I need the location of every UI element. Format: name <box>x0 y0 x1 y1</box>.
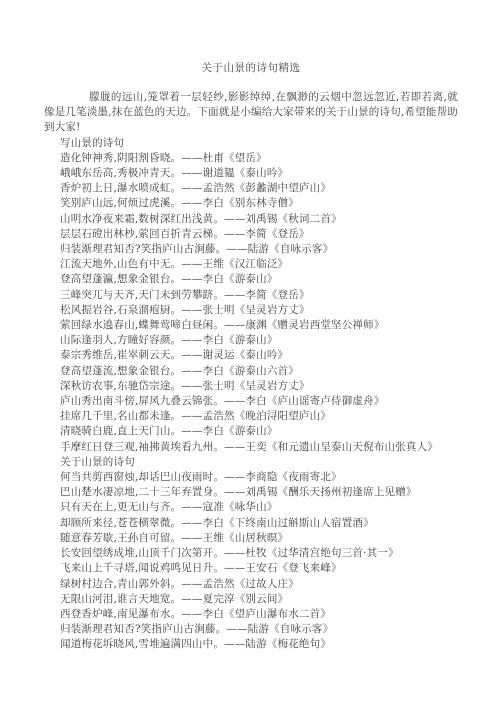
poem-sections: 写山景的诗句造化钟神秀,阴阳割昏晓。——杜甫《望岳》峨峨东岳高,秀极冲青天。——… <box>44 136 458 653</box>
poem-line: 随意春芳歇,王孙自可留。——王维《山居秋暝》 <box>44 531 458 546</box>
poem-line: 三峰突兀与天齐,天门未到劳攀跻。——李简《登岳》 <box>44 288 458 303</box>
poem-line: 深秋访农事,东驰岱宗途。——张士明《呈灵岩方丈》 <box>44 379 458 394</box>
poem-line: 山际逢羽人,方瞳好容颜。——李白《游泰山》 <box>44 333 458 348</box>
poem-line: 归装渐理君知否?笑指庐山古涧藤。——陆游《自咏示客》 <box>44 242 458 257</box>
section-heading: 关于山景的诗句 <box>44 455 458 470</box>
poem-line: 挂席几千里,名山都未逢。——孟浩然《晚泊浔阳望庐山》 <box>44 409 458 424</box>
poem-line: 松风振岩谷,石泉溜疱厨。——张士明《呈灵岩方丈》 <box>44 303 458 318</box>
poem-line: 山明水净夜来霜,数树深红出浅黄。——刘禹锡《秋词二首》 <box>44 212 458 227</box>
poem-line: 归装渐理君知否?笑指庐山古涧藤。——陆游《自咏示客》 <box>44 622 458 637</box>
poem-line: 造化钟神秀,阴阳割昏晓。——杜甫《望岳》 <box>44 151 458 166</box>
poem-line: 清晓骑白鹿,直上天门山。——李白《游泰山》 <box>44 424 458 439</box>
poem-line: 登高望蓬流,想象金银台。——李白《游泰山六首》 <box>44 364 458 379</box>
poem-line: 闻道梅花坼晓风,雪堆遍满四山中。——陆游《梅花绝句》 <box>44 637 458 652</box>
poem-line: 江流天地外,山色有中无。——王维《汉江临泛》 <box>44 257 458 272</box>
poem-line: 西登香炉峰,南见瀑布水。——李白《望庐山瀑布水二首》 <box>44 607 458 622</box>
document-title: 关于山景的诗句精选 <box>44 61 458 76</box>
poem-line: 绿树村边合,青山郭外斜。——孟浩然《过故人庄》 <box>44 577 458 592</box>
poem-line: 层层石磴出林杪,萦回百折青云梯。——李简《登岳》 <box>44 227 458 242</box>
poem-line: 只有天在上,更无山与齐。——寇准《咏华山》 <box>44 500 458 515</box>
poem-line: 飞来山上千寻塔,闻说鸡鸣见日升。——王安石《登飞来峰》 <box>44 561 458 576</box>
poem-line: 笑别庐山远,何烦过虎溪。——李白《别东林寺僧》 <box>44 196 458 211</box>
poem-line: 何当共剪西窗烛,却话巴山夜雨时。——李商隐《夜雨寄北》 <box>44 470 458 485</box>
section-heading: 写山景的诗句 <box>44 136 458 151</box>
poem-line: 庐山秀出南斗傍,屏风九叠云锦张。——李白《庐山谣寄卢侍御虚舟》 <box>44 394 458 409</box>
poem-line: 香炉初上日,瀑水喷成虹。——孟浩然《彭蠡湖中望庐山》 <box>44 181 458 196</box>
document-page: 关于山景的诗句精选 朦胧的远山,笼罩着一层轻纱,影影绰绰,在飘渺的云烟中忽远忽近… <box>0 0 500 708</box>
poem-line: 无限山河泪,谁言天地宽。——夏完淳《别云间》 <box>44 592 458 607</box>
poem-line: 手摩红日登三观,袖拂黄埃看九州。——王奕《和元遗山呈泰山天倪布山张真人》 <box>44 440 458 455</box>
poem-line: 长安回望绣成堆,山顶千门次第开。——杜牧《过华清宫绝句三首·其一》 <box>44 546 458 561</box>
poem-line: 萦回绿水遶春山,蝶舞莺啼白昼闲。——康渊《赠灵岩西堂坚公禅师》 <box>44 318 458 333</box>
intro-paragraph: 朦胧的远山,笼罩着一层轻纱,影影绰绰,在飘渺的云烟中忽远忽近,若即若离,就像是几… <box>44 90 458 136</box>
poem-line: 巴山楚水凄凉地,二十三年弃置身。——刘禹锡《酬乐天扬州初逢席上见赠》 <box>44 485 458 500</box>
document-content: 关于山景的诗句精选 朦胧的远山,笼罩着一层轻纱,影影绰绰,在飘渺的云烟中忽远忽近… <box>0 0 500 653</box>
poem-line: 泰宗秀维岳,崔崒刺云天。——谢灵运《泰山吟》 <box>44 348 458 363</box>
poem-line: 峨峨东岳高,秀极冲青天。——谢道韫《泰山吟》 <box>44 166 458 181</box>
poem-line: 却顾所来径,苍苍横翠微。——李白《下终南山过斛斯山人宿置酒》 <box>44 516 458 531</box>
poem-line: 登高望蓬瀛,想象金银台。——李白《游泰山》 <box>44 272 458 287</box>
